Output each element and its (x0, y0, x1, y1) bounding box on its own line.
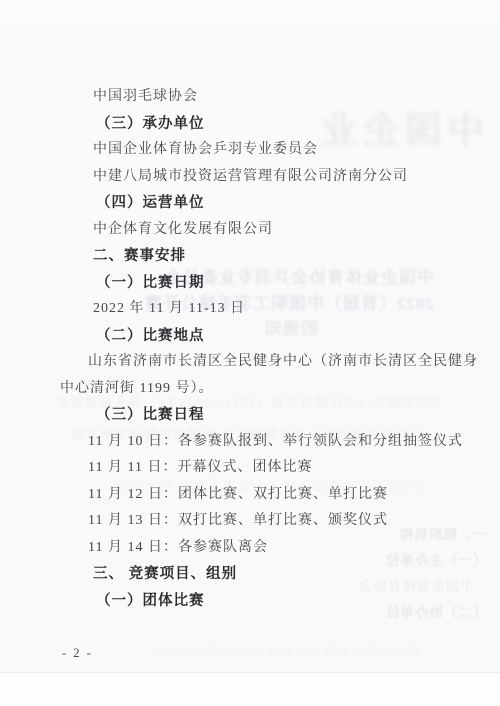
line-undertaker-committee: 中国企业体育协会乒羽专业委员会 (60, 137, 470, 164)
line-schedule-nov11: 11 月 11 日：开幕仪式、团体比赛 (60, 455, 470, 482)
scanned-document-page: 中国企业 中国企业体育协会乒羽专业委员会 2022（首届）中国职工羽毛球公开赛 … (0, 0, 500, 706)
document-body: 中国羽毛球协会 （三）承办单位 中国企业体育协会乒羽专业委员会 中建八局城市投资… (0, 0, 500, 706)
line-venue-part1: 山东省济南市长清区全民健身中心（济南市长清区全民健身 (60, 349, 470, 376)
line-operator-company: 中企体育文化发展有限公司 (60, 217, 470, 244)
line-badminton-association: 中国羽毛球协会 (60, 84, 470, 111)
heading-operating-unit: （四）运营单位 (60, 190, 470, 217)
page-number: - 2 - (62, 646, 93, 661)
scan-page-bottom-edge (0, 672, 500, 706)
heading-team-competition: （一）团体比赛 (60, 588, 470, 615)
line-competition-date: 2022 年 11 月 11-13 日 (60, 296, 470, 323)
line-schedule-nov13: 11 月 13 日：双打比赛、单打比赛、颁奖仪式 (60, 508, 470, 535)
line-schedule-nov10: 11 月 10 日：各参赛队报到、举行领队会和分组抽签仪式 (60, 429, 470, 456)
heading-competition-date: （一）比赛日期 (60, 270, 470, 297)
heading-competition-schedule: （三）比赛日程 (60, 402, 470, 429)
line-schedule-nov12: 11 月 12 日：团体比赛、双打比赛、单打比赛 (60, 482, 470, 509)
line-venue-part2: 中心清河街 1199 号）。 (60, 376, 470, 403)
line-schedule-nov14: 11 月 14 日：各参赛队离会 (60, 535, 470, 562)
heading-competition-venue: （二）比赛地点 (60, 323, 470, 350)
heading-event-arrangement: 二、赛事安排 (60, 243, 470, 270)
heading-events-and-groups: 三、 竞赛项目、组别 (60, 561, 470, 588)
heading-undertaking-unit: （三）承办单位 (60, 111, 470, 138)
line-undertaker-company: 中建八局城市投资运营管理有限公司济南分公司 (60, 164, 470, 191)
